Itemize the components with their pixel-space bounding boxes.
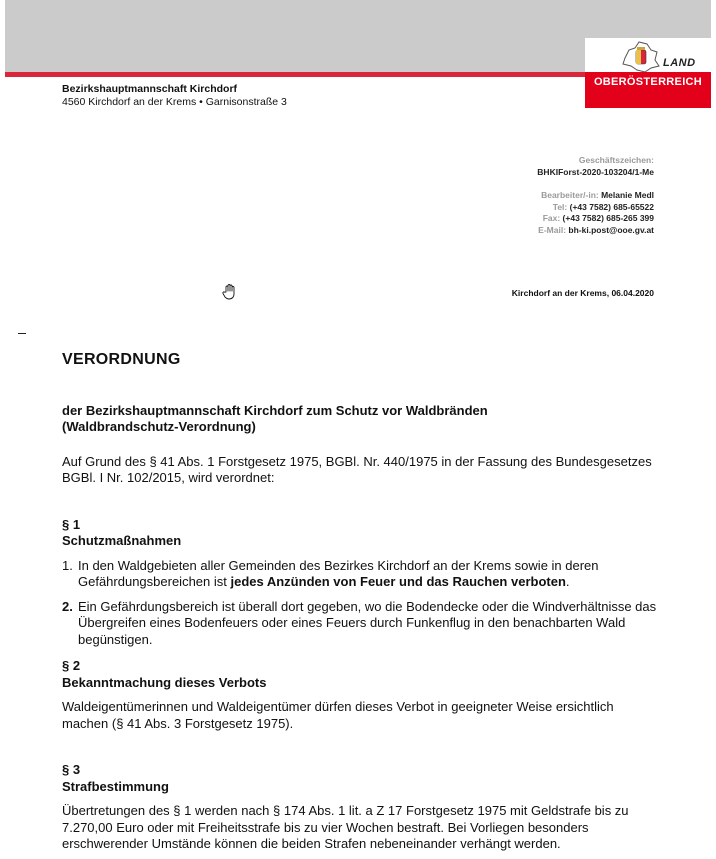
- list-item-number: 1.: [62, 558, 73, 575]
- intro-paragraph: Auf Grund des § 41 Abs. 1 Forstgesetz 19…: [62, 454, 662, 487]
- logo-land-text: LAND: [663, 57, 696, 69]
- reference-block: Geschäftszeichen: BHKIForst-2020-103204/…: [537, 155, 654, 236]
- land-oberoesterreich-logo: LAND OBERÖSTERREICH: [585, 38, 711, 108]
- section-text: Übertretungen des § 1 werden nach § 174 …: [62, 803, 662, 853]
- list-item-text-end: .: [566, 574, 570, 589]
- subtitle-line-1: der Bezirkshauptmannschaft Kirchdorf zum…: [62, 403, 662, 420]
- section-number: § 1: [62, 517, 662, 534]
- email-link[interactable]: bh-ki.post@ooe.gv.at: [568, 225, 654, 235]
- section-heading: Schutzmaßnahmen: [62, 533, 662, 550]
- tel-value: (+43 7582) 685-65522: [570, 202, 654, 212]
- reference-label: Geschäftszeichen:: [579, 155, 654, 165]
- email-label: E-Mail:: [538, 225, 566, 235]
- section-heading: Strafbestimmung: [62, 779, 662, 796]
- section-text: Waldeigentümerinnen und Waldeigentümer d…: [62, 699, 662, 732]
- logo-state-text: OBERÖSTERREICH: [585, 76, 711, 88]
- logo-red-band: OBERÖSTERREICH: [585, 72, 711, 108]
- fax-value: (+43 7582) 685-265 399: [563, 213, 654, 223]
- list-item-text: Ein Gefährdungsbereich ist überall dort …: [78, 599, 656, 647]
- list-item: 1. In den Waldgebieten aller Gemeinden d…: [62, 558, 662, 591]
- document-subtitle: der Bezirkshauptmannschaft Kirchdorf zum…: [62, 403, 662, 436]
- sender-block: Bezirkshauptmannschaft Kirchdorf 4560 Ki…: [62, 83, 287, 109]
- reference-value: BHKIForst-2020-103204/1-Me: [537, 167, 654, 177]
- sender-address: 4560 Kirchdorf an der Krems • Garnisonst…: [62, 96, 287, 109]
- subtitle-line-2: (Waldbrandschutz-Verordnung): [62, 419, 662, 436]
- tel-label: Tel:: [553, 202, 567, 212]
- coat-of-arms-map-icon: [621, 40, 661, 74]
- section-1-list: 1. In den Waldgebieten aller Gemeinden d…: [62, 558, 662, 649]
- document-body: VERORDNUNG der Bezirkshauptmannschaft Ki…: [62, 352, 662, 853]
- section-2: § 2 Bekanntmachung dieses Verbots Waldei…: [62, 658, 662, 732]
- section-number: § 2: [62, 658, 662, 675]
- section-1: § 1 Schutzmaßnahmen 1. In den Waldgebiet…: [62, 517, 662, 649]
- fax-label: Fax:: [543, 213, 560, 223]
- sender-organization: Bezirkshauptmannschaft Kirchdorf: [62, 83, 287, 96]
- header-accent-line: [5, 72, 585, 77]
- clerk-value: Melanie Medl: [601, 190, 654, 200]
- list-item: 2. Ein Gefährdungsbereich ist überall do…: [62, 599, 662, 649]
- hand-cursor-icon: [221, 283, 239, 301]
- list-item-bold-text: jedes Anzünden von Feuer und das Rauchen…: [230, 574, 565, 589]
- section-heading: Bekanntmachung dieses Verbots: [62, 675, 662, 692]
- document-title: VERORDNUNG: [62, 352, 662, 369]
- list-item-number: 2.: [62, 599, 73, 616]
- section-3: § 3 Strafbestimmung Übertretungen des § …: [62, 762, 662, 853]
- fold-mark: [18, 333, 26, 334]
- place-date-line: Kirchdorf an der Krems, 06.04.2020: [512, 288, 654, 298]
- clerk-label: Bearbeiter/-in:: [541, 190, 599, 200]
- section-number: § 3: [62, 762, 662, 779]
